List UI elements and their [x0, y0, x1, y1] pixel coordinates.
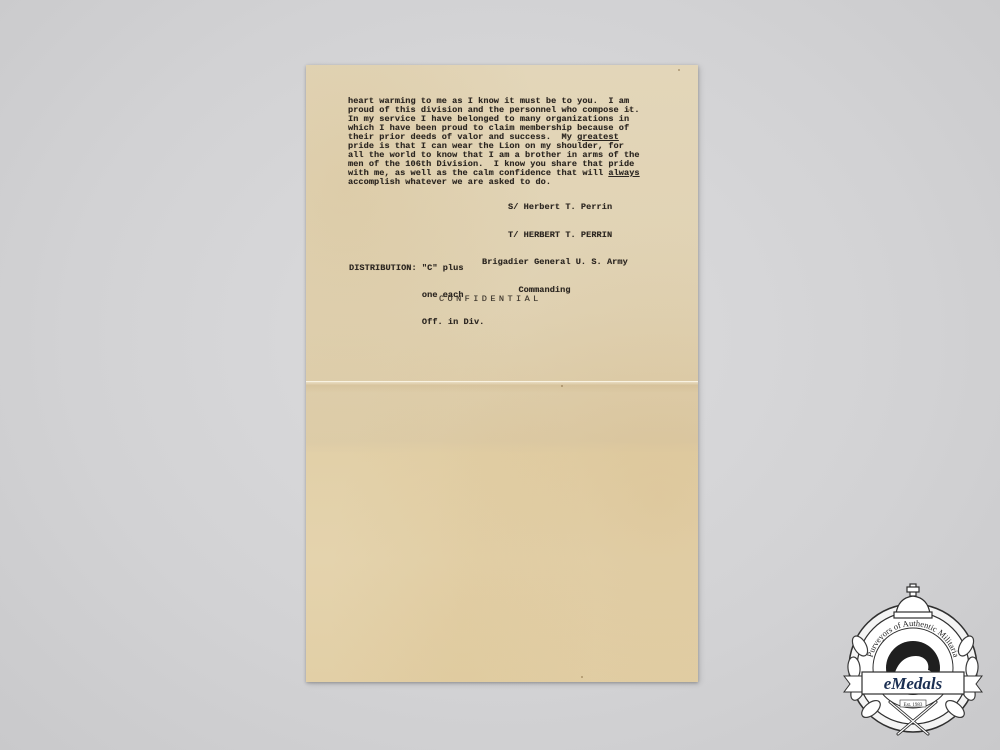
classification-marking: CONFIDENTIAL	[439, 295, 542, 304]
brand-name: eMedals	[884, 674, 943, 693]
typed-name: T/ HERBERT T. PERRIN	[482, 231, 628, 241]
document-page: heart warming to me as I know it must be…	[306, 65, 698, 682]
emedals-logo-watermark: Purveyors of Authentic Militaria eMedals…	[838, 576, 988, 746]
crown-icon	[894, 584, 932, 618]
underlined-word: always	[608, 168, 639, 178]
rank: Brigadier General U. S. Army	[482, 258, 628, 268]
established-year: Est. 1983	[904, 703, 923, 708]
signed-name: S/ Herbert T. Perrin	[482, 203, 628, 213]
paper-speck	[678, 69, 680, 71]
paper-speck	[561, 385, 563, 387]
distribution-line: DISTRIBUTION: "C" plus	[349, 264, 484, 273]
page-fold-shadow	[306, 381, 698, 393]
letter-body: heart warming to me as I know it must be…	[348, 97, 640, 187]
paper-speck	[581, 676, 583, 678]
page-fold-crease	[306, 381, 698, 382]
distribution-line: Off. in Div.	[349, 318, 484, 327]
